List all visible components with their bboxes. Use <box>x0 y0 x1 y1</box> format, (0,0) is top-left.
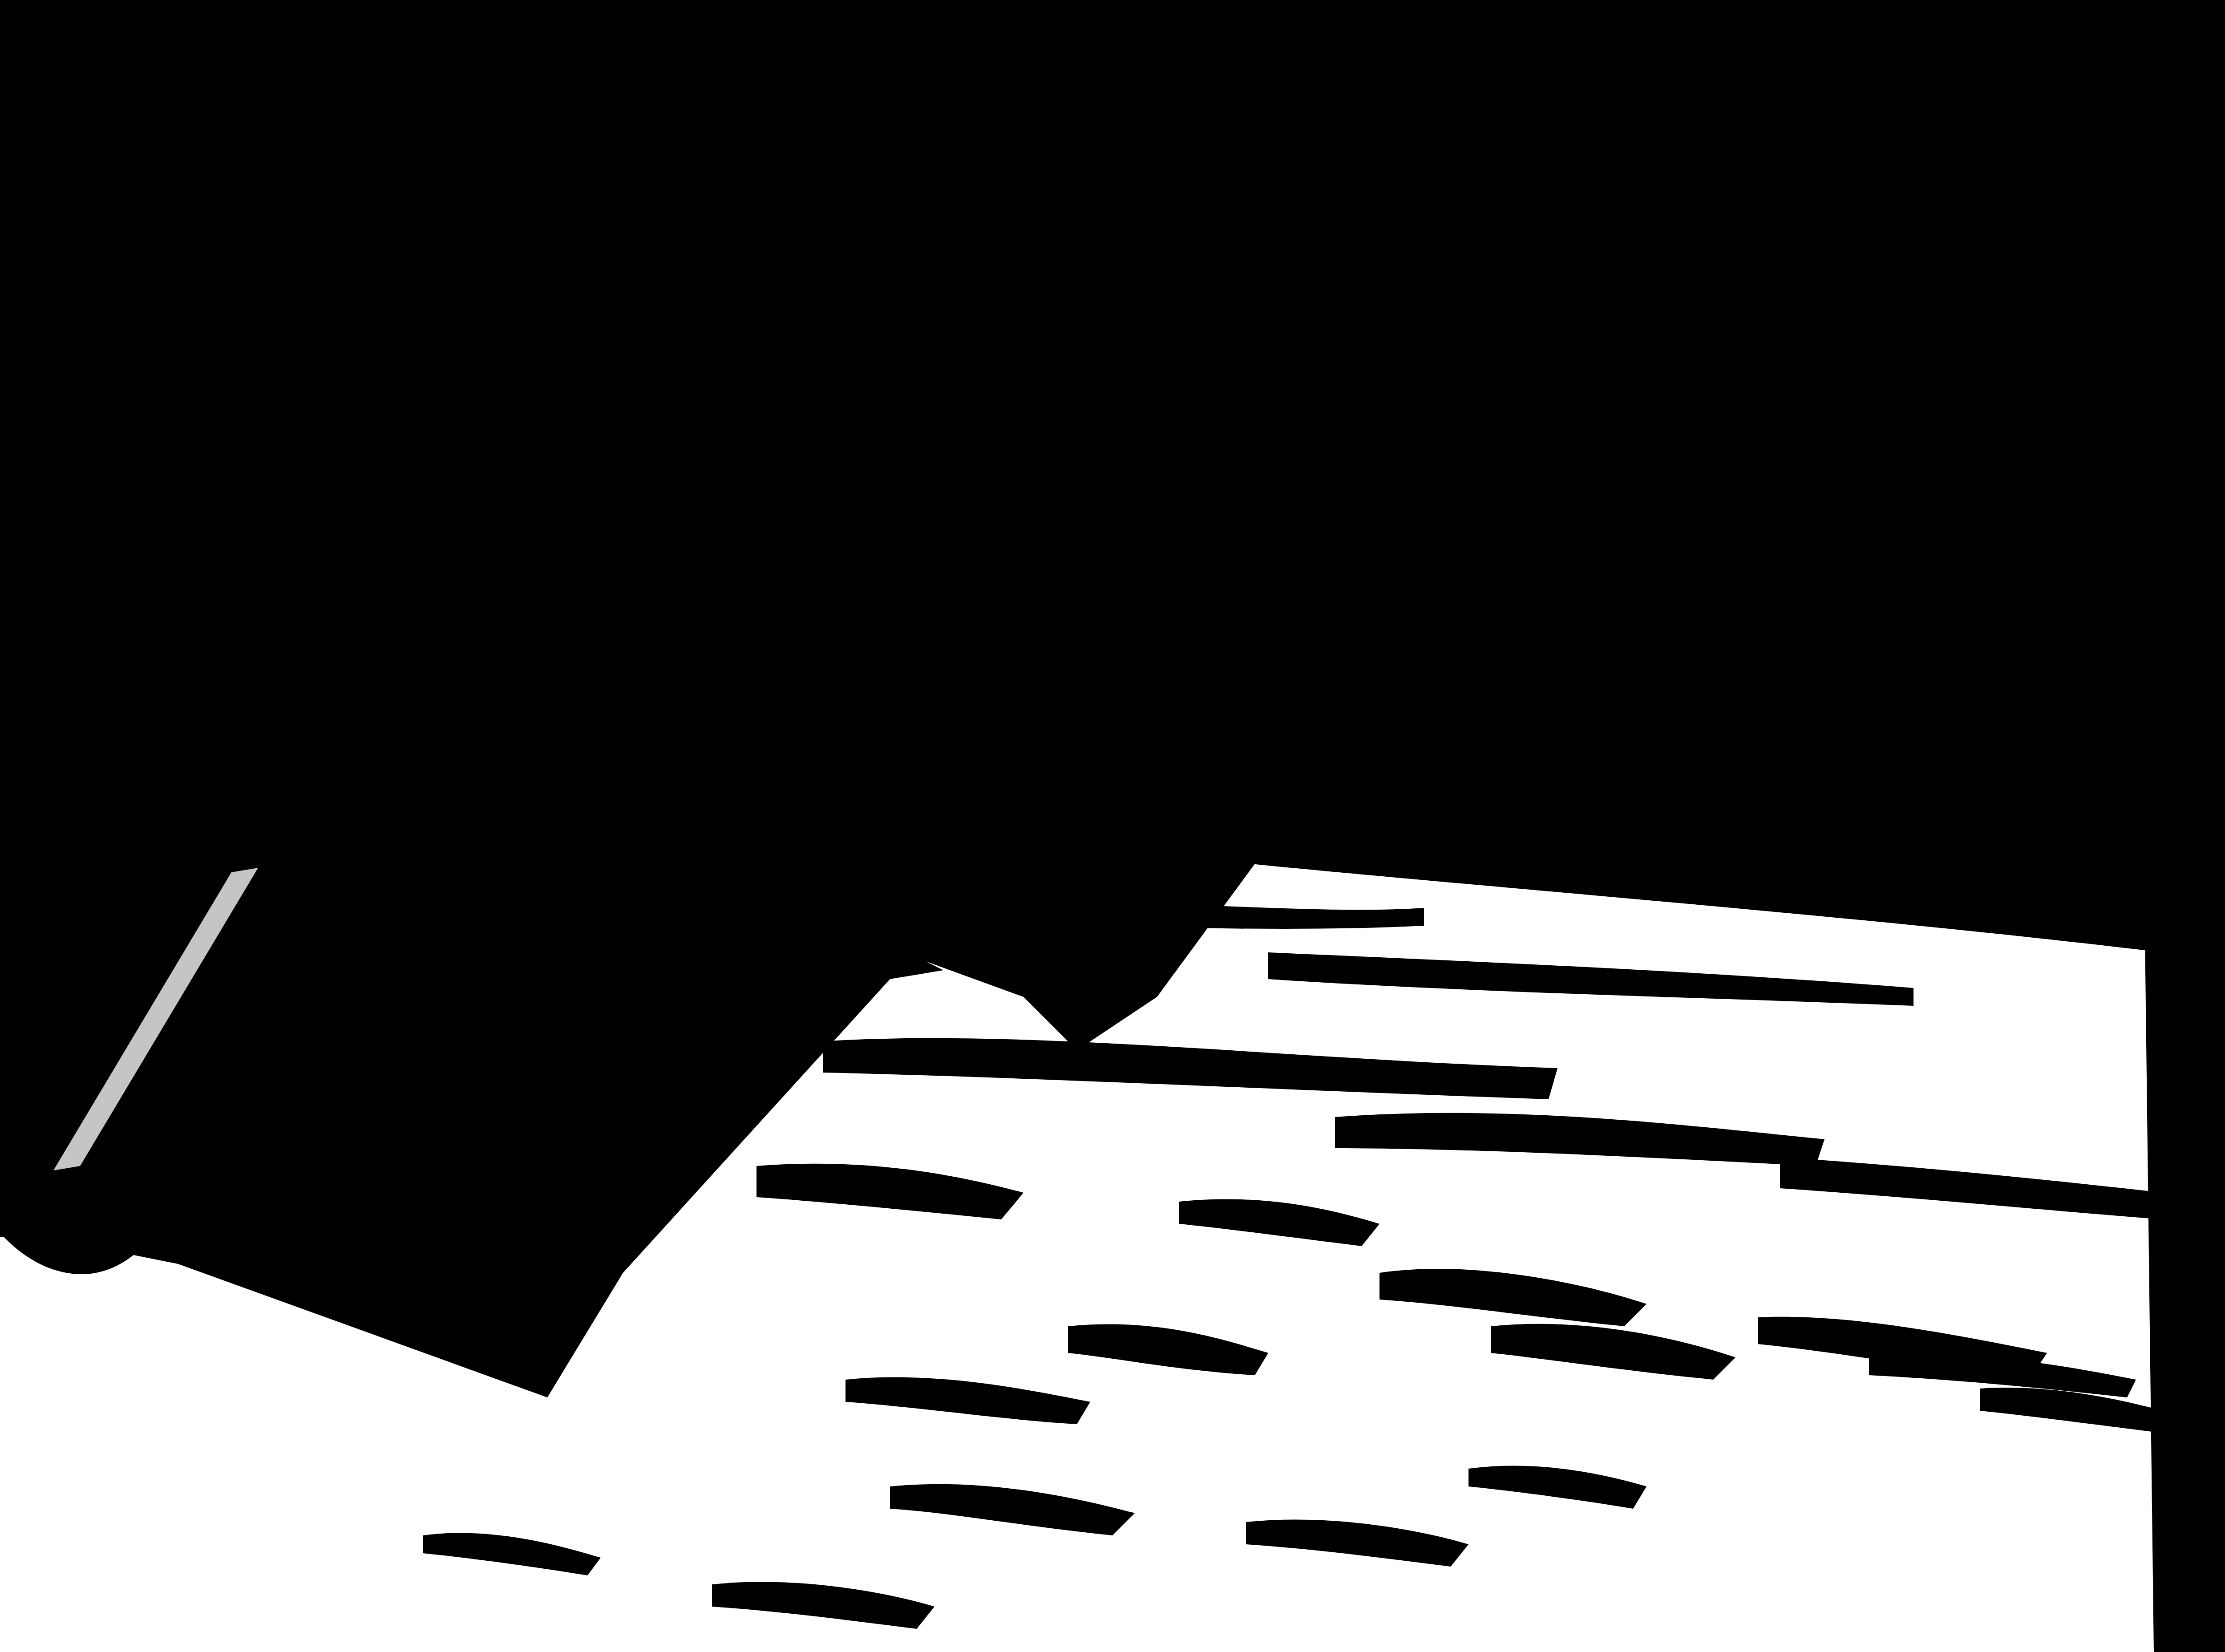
photo-scene <box>0 0 2225 1652</box>
window-frame-right <box>2163 890 2225 1652</box>
